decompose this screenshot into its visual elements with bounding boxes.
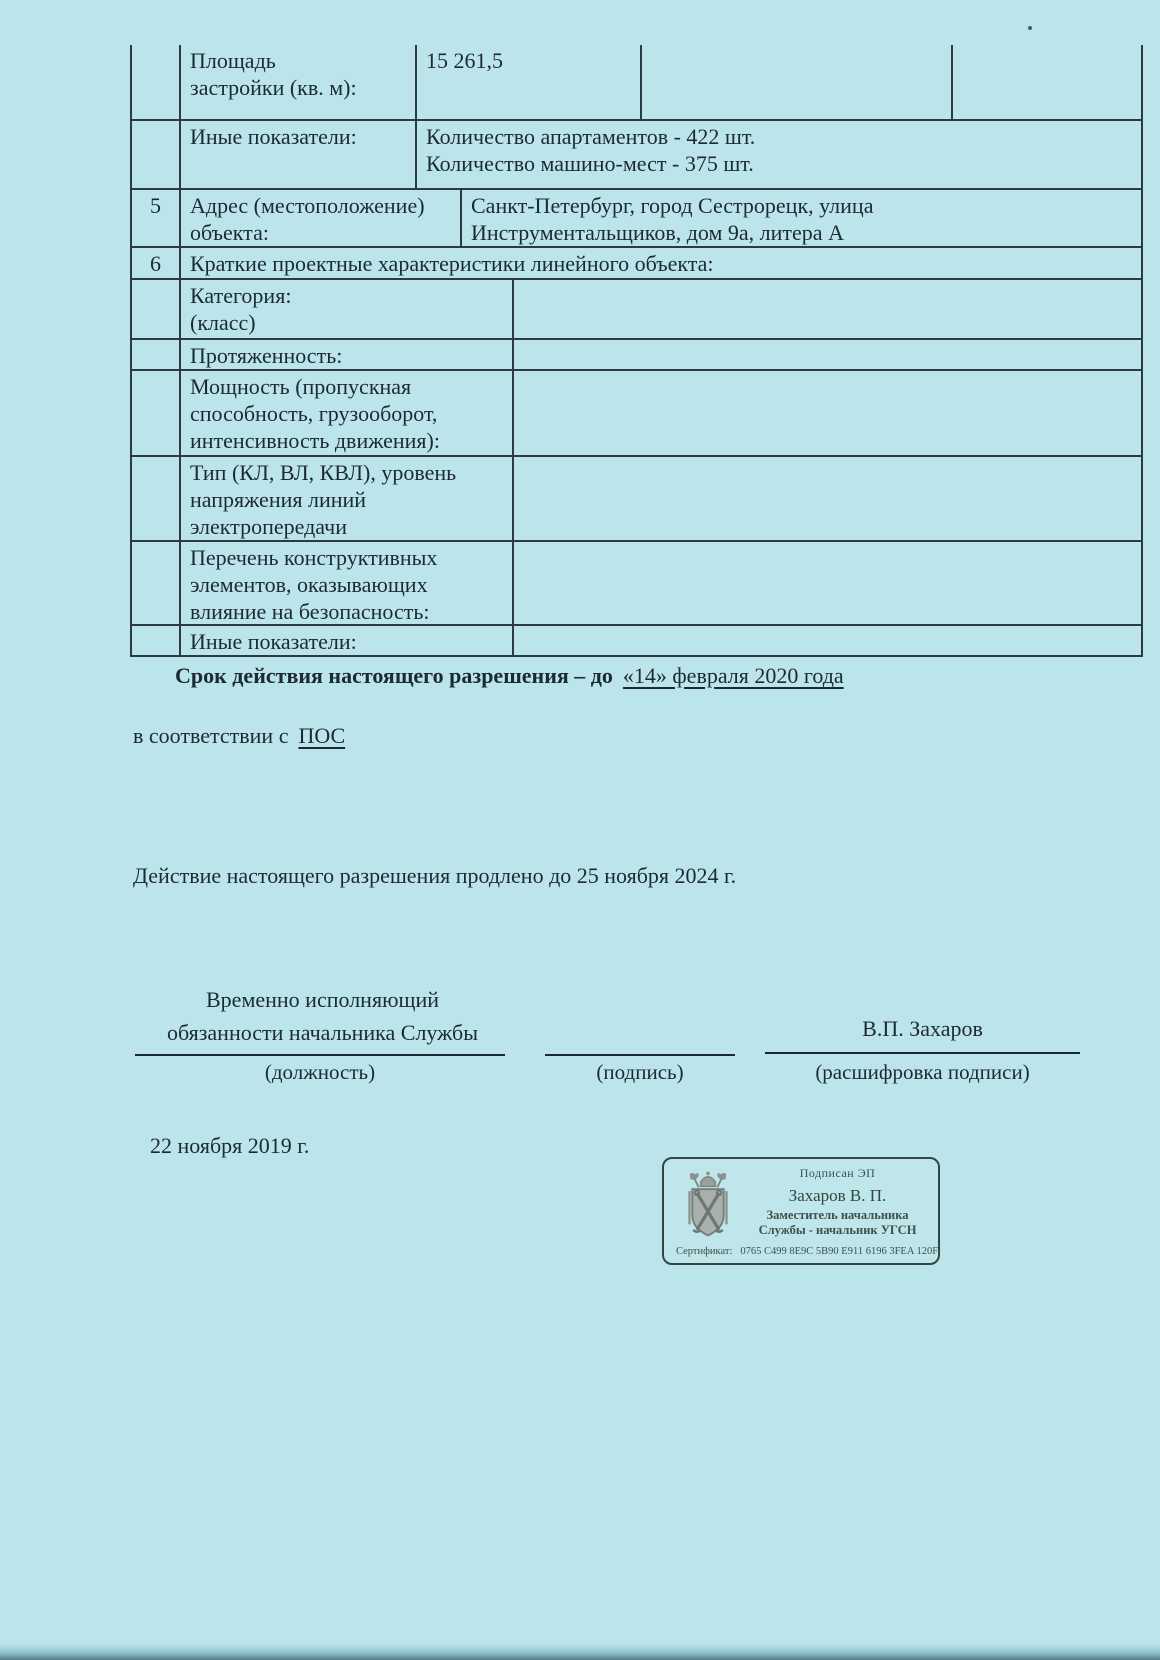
table-row-category: Категория: (класс)	[132, 278, 1141, 338]
table-row-built-area: Площадь застройки (кв. м): 15 261,5	[132, 45, 1141, 119]
stamp-certificate-value: 0765 C499 8E9C 5B90 E911 6196 3FEA 120F	[740, 1246, 938, 1257]
table-row-length: Протяженность:	[132, 338, 1141, 369]
digital-signature-stamp: Подписан ЭП Захаров В. П. Заместитель на…	[662, 1157, 940, 1265]
address-label-cell: Адрес (местоположение) объекта:	[179, 190, 460, 246]
structural-elements-value-cell	[512, 542, 1141, 624]
table-row-structural-elements: Перечень конструктивных элементов, оказы…	[132, 540, 1141, 624]
row-number-cell: 6	[132, 248, 179, 278]
extension-note: Действие настоящего разрешения продлено …	[133, 862, 736, 890]
row-number-cell	[132, 340, 179, 369]
validity-date: «14» февраля 2020 года	[623, 663, 844, 688]
scan-bottom-edge	[0, 1644, 1160, 1660]
stamp-text-block: Подписан ЭП Захаров В. П. Заместитель на…	[742, 1166, 933, 1238]
built-area-value-cell: 15 261,5	[415, 45, 640, 119]
accordance-paragraph: в соответствии сПОС	[133, 722, 345, 750]
capacity-value-cell	[512, 371, 1141, 455]
accordance-prefix: в соответствии с	[133, 723, 288, 748]
table-row-line-type: Тип (КЛ, ВЛ, КВЛ), уровень напряжения ли…	[132, 455, 1141, 540]
stamp-title-line2: Службы - начальник УГСН	[742, 1223, 933, 1238]
other-indicators2-label-cell: Иные показатели:	[179, 626, 512, 655]
caption-signature: (подпись)	[545, 1060, 735, 1085]
spb-coat-of-arms-icon	[678, 1167, 738, 1241]
scanned-permit-page: Площадь застройки (кв. м): 15 261,5 Иные…	[0, 0, 1160, 1660]
signing-date: 22 ноября 2019 г.	[150, 1133, 309, 1159]
validity-paragraph: Срок действия настоящего разрешения – до…	[175, 662, 844, 690]
table-row-other-indicators-bottom: Иные показатели:	[132, 624, 1141, 655]
signature-line-transcript	[765, 1052, 1080, 1054]
row-number-cell: 5	[132, 190, 179, 246]
line-type-value-cell	[512, 457, 1141, 540]
signer-position-line2: обязанности начальника Службы	[130, 1016, 515, 1049]
stamp-title-line1: Заместитель начальника	[742, 1208, 933, 1223]
table-row-capacity: Мощность (пропускная способность, грузоо…	[132, 369, 1141, 455]
signature-line-sign	[545, 1054, 735, 1056]
other-indicators2-value-cell	[512, 626, 1141, 655]
other-indicators-value-cell: Количество апартаментов - 422 шт. Количе…	[415, 121, 1141, 188]
structural-elements-label-cell: Перечень конструктивных элементов, оказы…	[179, 542, 512, 624]
row-number-cell	[132, 371, 179, 455]
signature-line-position	[135, 1054, 505, 1056]
empty-cell	[640, 45, 951, 119]
row-number-cell	[132, 542, 179, 624]
stamp-certificate-label: Сертификат:	[676, 1246, 732, 1257]
capacity-label-cell: Мощность (пропускная способность, грузоо…	[179, 371, 512, 455]
row-number-cell	[132, 45, 179, 119]
linear-object-header-cell: Краткие проектные характеристики линейно…	[179, 248, 1141, 278]
signer-position: Временно исполняющий обязанности начальн…	[130, 983, 515, 1049]
signer-position-line1: Временно исполняющий	[130, 983, 515, 1016]
row-number-cell	[132, 280, 179, 338]
category-label-cell: Категория: (класс)	[179, 280, 512, 338]
caption-transcript: (расшифровка подписи)	[765, 1060, 1080, 1085]
characteristics-table: Площадь застройки (кв. м): 15 261,5 Иные…	[130, 45, 1143, 657]
validity-prefix: Срок действия настоящего разрешения – до	[175, 663, 613, 688]
signer-name: В.П. Захаров	[765, 1016, 1080, 1042]
length-label-cell: Протяженность:	[179, 340, 512, 369]
stamp-certificate: Сертификат:0765 C499 8E9C 5B90 E911 6196…	[676, 1246, 934, 1257]
length-value-cell	[512, 340, 1141, 369]
scan-artifact-dot	[1028, 26, 1032, 30]
table-row-address: 5 Адрес (местоположение) объекта: Санкт-…	[132, 188, 1141, 246]
row-number-cell	[132, 626, 179, 655]
category-value-cell	[512, 280, 1141, 338]
accordance-ref: ПОС	[298, 723, 345, 748]
built-area-label-cell: Площадь застройки (кв. м):	[179, 45, 415, 119]
stamp-signed-label: Подписан ЭП	[742, 1166, 933, 1181]
empty-cell	[951, 45, 1141, 119]
table-row-linear-object-header: 6 Краткие проектные характеристики линей…	[132, 246, 1141, 278]
row-number-cell	[132, 121, 179, 188]
caption-position: (должность)	[135, 1060, 505, 1085]
table-row-other-indicators-top: Иные показатели: Количество апартаментов…	[132, 119, 1141, 188]
stamp-signer-name: Захаров В. П.	[742, 1186, 933, 1206]
other-indicators-label-cell: Иные показатели:	[179, 121, 415, 188]
row-number-cell	[132, 457, 179, 540]
address-value-cell: Санкт-Петербург, город Сестрорецк, улица…	[460, 190, 1141, 246]
line-type-label-cell: Тип (КЛ, ВЛ, КВЛ), уровень напряжения ли…	[179, 457, 512, 540]
